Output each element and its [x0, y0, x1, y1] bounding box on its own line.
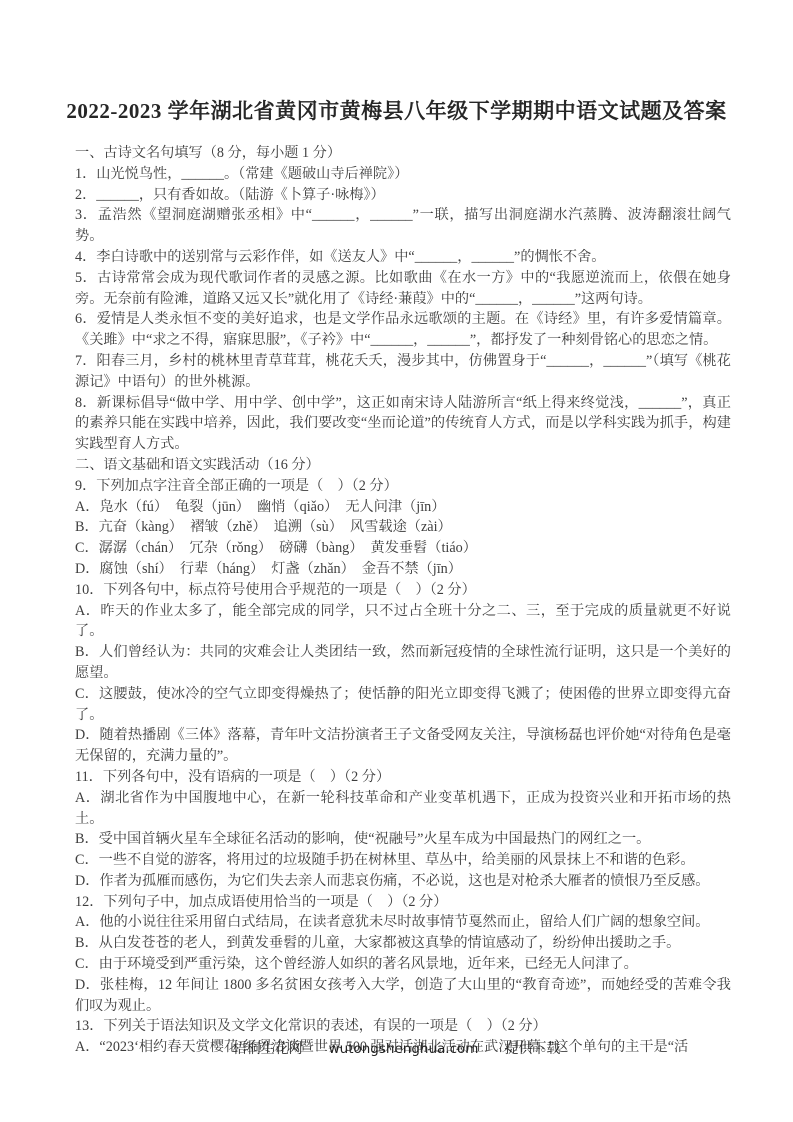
- document-paragraph: 2．______，只有香如故。（陆游《卜算子·咏梅》）: [75, 185, 731, 206]
- footer-site-url: wutongshenghua.com: [329, 1041, 479, 1057]
- document-paragraph: 3．孟浩然《望洞庭湖赠张丞相》中“______，______”一联，描写出洞庭湖…: [75, 205, 731, 247]
- exam-document-page: 2022-2023 学年湖北省黄冈市黄梅县八年级下学期期中语文试题及答案 一、古…: [0, 0, 793, 1122]
- document-paragraph: D．张桂梅，12 年间让 1800 多名贫困女孩考入大学，创造了大山里的“教育奇…: [75, 975, 731, 1017]
- document-paragraph: 5．古诗常常会成为现代歌词作者的灵感之源。比如歌曲《在水一方》中的“我愿逆流而上…: [75, 268, 731, 310]
- document-paragraph: B．从白发苍苍的老人，到黄发垂髫的儿童，大家都被这真挚的情谊感动了，纷纷伸出援助…: [75, 933, 731, 954]
- document-paragraph: 二、语文基础和语文实践活动（16 分）: [75, 455, 731, 476]
- document-paragraph: D．随着热播剧《三体》落幕，青年叶文洁扮演者王子文备受网友关注，导演杨磊也评价她…: [75, 725, 731, 767]
- document-paragraph: C．一些不自觉的游客，将用过的垃圾随手扔在树林里、草丛中，给美丽的风景抹上不和谐…: [75, 850, 731, 871]
- footer-site-name: 梧桐生花网: [233, 1038, 303, 1058]
- document-paragraph: 7．阳春三月，乡村的桃林里青草茸茸，桃花夭夭，漫步其中，仿佛置身于“______…: [75, 351, 731, 393]
- document-paragraph: A．他的小说往往采用留白式结局，在读者意犹未尽时故事情节戛然而止，留给人们广阔的…: [75, 912, 731, 933]
- document-paragraph: B．亢奋（kàng） 褶皱（zhě） 追溯（sù） 风雪载途（zài）: [75, 517, 731, 538]
- document-title: 2022-2023 学年湖北省黄冈市黄梅县八年级下学期期中语文试题及答案: [58, 88, 735, 135]
- footer-download-label: 提供下载: [504, 1038, 560, 1058]
- document-paragraph: 12．下列句子中，加点成语使用恰当的一项是（ ）（2 分）: [75, 892, 731, 913]
- document-paragraph: C．潺潺（chán） 冗杂（rǒng） 磅礴（bàng） 黄发垂髫（tiáo）: [75, 538, 731, 559]
- document-body: 一、古诗文名句填写（8 分，每小题 1 分） 1．山光悦鸟性，______。（常…: [75, 143, 731, 1058]
- document-paragraph: A．昨天的作业太多了，能全部完成的同学，只不过占全班十分之二、三，至于完成的质量…: [75, 601, 731, 643]
- document-paragraph: 10．下列各句中，标点符号使用合乎规范的一项是（ ）（2 分）: [75, 580, 731, 601]
- document-paragraph: B．人们曾经认为：共同的灾难会让人类团结一致，然而新冠疫情的全球性流行证明，这只…: [75, 642, 731, 684]
- document-paragraph: 1．山光悦鸟性，______。（常建《题破山寺后禅院》）: [75, 164, 731, 185]
- document-paragraph: 一、古诗文名句填写（8 分，每小题 1 分）: [75, 143, 731, 164]
- document-paragraph: C．这腰鼓，使冰冷的空气立即变得燥热了；使恬静的阳光立即变得飞溅了；使困倦的世界…: [75, 684, 731, 726]
- document-paragraph: 11．下列各句中，没有语病的一项是（ ）（2 分）: [75, 767, 731, 788]
- document-paragraph: 8．新课标倡导“做中学、用中学、创中学”，这正如南宋诗人陆游所言“纸上得来终觉浅…: [75, 393, 731, 455]
- document-paragraph: C．由于环境受到严重污染，这个曾经游人如织的著名风景地，近年来，已经无人问津了。: [75, 954, 731, 975]
- page-footer: 梧桐生花网 wutongshenghua.com 提供下载: [0, 1038, 793, 1058]
- document-paragraph: 6．爱情是人类永恒不变的美好追求，也是文学作品永远歌颂的主题。在《诗经》里，有许…: [75, 309, 731, 351]
- document-paragraph: D．腐蚀（shí） 行辈（háng） 灯盏（zhǎn） 金吾不禁（jīn）: [75, 559, 731, 580]
- document-paragraph: D．作者为孤雁而感伤，为它们失去亲人而悲哀伤痛，不必说，这也是对枪杀大雁者的愤恨…: [75, 871, 731, 892]
- document-paragraph: B．受中国首辆火星车全球征名活动的影响，使“祝融号”火星车成为中国最热门的网红之…: [75, 829, 731, 850]
- document-paragraph: A．湖北省作为中国腹地中心，在新一轮科技革命和产业变革机遇下，正成为投资兴业和开…: [75, 788, 731, 830]
- document-paragraph: 4．李白诗歌中的送别常与云彩作伴，如《送友人》中“______，______”的…: [75, 247, 731, 268]
- document-paragraph: 13．下列关于语法知识及文学文化常识的表述，有误的一项是（ ）（2 分）: [75, 1016, 731, 1037]
- document-paragraph: A．凫水（fú） 龟裂（jūn） 幽悄（qiǎo） 无人问津（jīn）: [75, 497, 731, 518]
- document-paragraph: 9．下列加点字注音全部正确的一项是（ ）（2 分）: [75, 476, 731, 497]
